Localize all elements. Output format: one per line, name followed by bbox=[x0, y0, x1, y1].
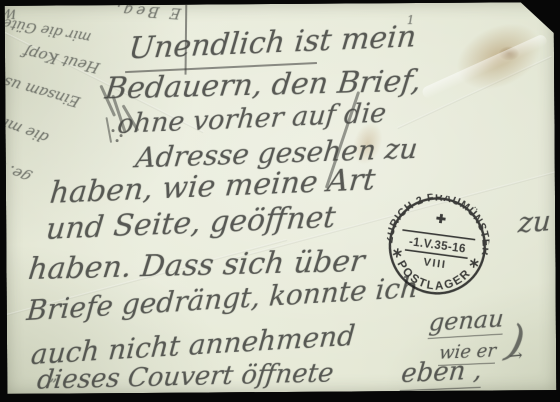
postmark-svg: ZÜRICH 2 FRAUMÜNSTER POSTLAGER -1.V.35-1… bbox=[380, 189, 495, 304]
handwritten-word-zu: zu bbox=[517, 204, 552, 240]
inverted-note-line: Einsam usw. bbox=[0, 69, 83, 111]
handwritten-line: dieses Couvert öffnete bbox=[36, 358, 336, 395]
postmark-stamp: ZÜRICH 2 FRAUMÜNSTER POSTLAGER -1.V.35-1… bbox=[380, 189, 495, 304]
flourish-paren: ) bbox=[502, 315, 529, 368]
postmark-date-text: -1.V.35-16 bbox=[408, 235, 467, 255]
pencil-tick-mark: 1 bbox=[407, 13, 415, 27]
scanned-envelope-photo: { "meta": { "description": "Scanned back… bbox=[0, 0, 560, 402]
adhesive-stain bbox=[445, 10, 552, 103]
postmark-district-text: VIII bbox=[423, 256, 448, 271]
adhesive-stain-dark bbox=[499, 46, 519, 60]
handwritten-line: Unendlich ist mein bbox=[127, 19, 418, 66]
inverted-note-line: Heut Kopf bbox=[21, 43, 102, 77]
star-icon bbox=[393, 248, 402, 258]
envelope-back: Unendlich ist mein Bedauern, den Brief, … bbox=[5, 2, 557, 394]
inverted-note-line: ge. sehr bbox=[0, 146, 34, 186]
star-icon bbox=[470, 258, 479, 268]
ditto-mark: „ bbox=[49, 366, 57, 385]
pencil-dot bbox=[112, 129, 115, 132]
inverted-note-line: mir die Güte bbox=[1, 15, 93, 45]
swiss-cross-icon bbox=[436, 213, 446, 223]
handwritten-word-genau: genau bbox=[428, 304, 505, 339]
inverted-note-e-beg: E Beg. bbox=[111, 0, 182, 22]
handwritten-word-eben: eben , bbox=[400, 356, 484, 392]
